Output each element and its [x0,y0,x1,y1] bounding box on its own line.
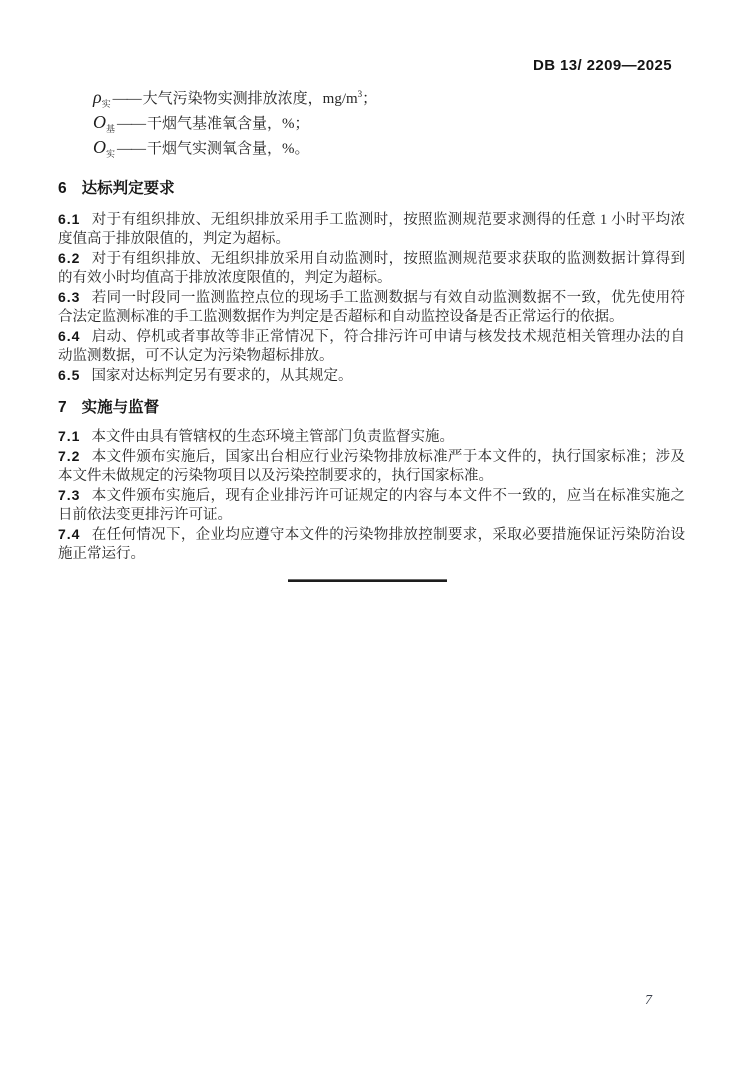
clause-text: 对于有组织排放、无组织排放采用手工监测时，按照监测规范要求测得的任意 1 小时平… [58,212,685,247]
page-content: ρ实——大气污染物实测排放浓度，mg/m3； O基——干烟气基准氧含量，%； O… [58,0,685,564]
definition-subscript: 实 [106,149,115,159]
clause-6-5: 6.5国家对达标判定另有要求的，从其规定。 [58,366,685,386]
clause-text: 本文件颁布实施后，现有企业排污许可证规定的内容与本文件不一致的，应当在标准实施之… [58,488,685,523]
definition-text: 干烟气实测氧含量，% [147,141,295,157]
clause-number: 6.3 [58,289,80,305]
symbol-definitions: ρ实——大气污染物实测排放浓度，mg/m3； O基——干烟气基准氧含量，%； O… [58,82,685,157]
clause-6-1: 6.1对于有组织排放、无组织排放采用手工监测时，按照监测规范要求测得的任意 1 … [58,210,685,249]
definition-punctuation: 。 [295,141,310,157]
clause-text: 本文件颁布实施后，国家出台相应行业污染物排放标准严于本文件的，执行国家标准；涉及… [58,449,685,484]
clause-number: 6.2 [58,250,80,266]
section-6-heading: 6达标判定要求 [58,179,685,199]
definition-symbol: ρ [93,87,102,107]
clause-6-3: 6.3若同一时段同一监测监控点位的现场手工监测数据与有效自动监测数据不一致，优先… [58,288,685,327]
section-title: 达标判定要求 [82,180,175,197]
clause-number: 7.1 [58,428,80,444]
definition-line: O实——干烟气实测氧含量，%。 [93,132,685,157]
definition-punctuation: ； [295,116,310,132]
clause-7-2: 7.2本文件颁布实施后，国家出台相应行业污染物排放标准严于本文件的，执行国家标准… [58,447,685,486]
definition-dash: —— [117,116,145,132]
section-number: 7 [58,399,67,416]
definition-dash: —— [117,141,145,157]
definition-text: 大气污染物实测排放浓度，mg/m [143,91,358,107]
definition-line: ρ实——大气污染物实测排放浓度，mg/m3； [93,82,685,107]
clause-text: 若同一时段同一监测监控点位的现场手工监测数据与有效自动监测数据不一致，优先使用符… [58,290,685,325]
clause-text: 本文件由具有管辖权的生态环境主管部门负责监督实施。 [91,429,454,445]
clause-number: 7.2 [58,448,80,464]
clause-6-4: 6.4启动、停机或者事故等非正常情况下，符合排污许可申请与核发技术规范相关管理办… [58,327,685,366]
clause-number: 6.1 [58,211,80,227]
section-7-heading: 7实施与监督 [58,398,685,418]
clause-7-4: 7.4在任何情况下，企业均应遵守本文件的污染物排放控制要求，采取必要措施保证污染… [58,525,685,564]
clause-6-2: 6.2对于有组织排放、无组织排放采用自动监测时，按照监测规范要求获取的监测数据计… [58,249,685,288]
clause-text: 对于有组织排放、无组织排放采用自动监测时，按照监测规范要求获取的监测数据计算得到… [58,251,685,286]
page-number: 7 [645,993,652,1009]
section-title: 实施与监督 [82,399,160,416]
clause-text: 启动、停机或者事故等非正常情况下，符合排污许可申请与核发技术规范相关管理办法的自… [58,329,685,364]
clause-text: 在任何情况下，企业均应遵守本文件的污染物排放控制要求，采取必要措施保证污染防治设… [58,527,685,562]
clause-text: 国家对达标判定另有要求的，从其规定。 [91,368,352,384]
end-of-text-rule [288,579,447,582]
clause-number: 7.3 [58,487,80,503]
section-number: 6 [58,180,67,197]
definition-dash: —— [113,91,141,107]
definition-line: O基——干烟气基准氧含量，%； [93,107,685,132]
definition-symbol: O [93,137,106,157]
definition-symbol: O [93,112,106,132]
definition-text: 干烟气基准氧含量，% [147,116,295,132]
clause-7-1: 7.1本文件由具有管辖权的生态环境主管部门负责监督实施。 [58,427,685,447]
document-page: DB 13/ 2209—2025 ρ实——大气污染物实测排放浓度，mg/m3； … [0,0,742,1066]
clause-number: 6.4 [58,328,80,344]
clause-7-3: 7.3本文件颁布实施后，现有企业排污许可证规定的内容与本文件不一致的，应当在标准… [58,486,685,525]
clause-number: 6.5 [58,367,80,383]
definition-punctuation: ； [362,91,377,107]
clause-number: 7.4 [58,526,80,542]
